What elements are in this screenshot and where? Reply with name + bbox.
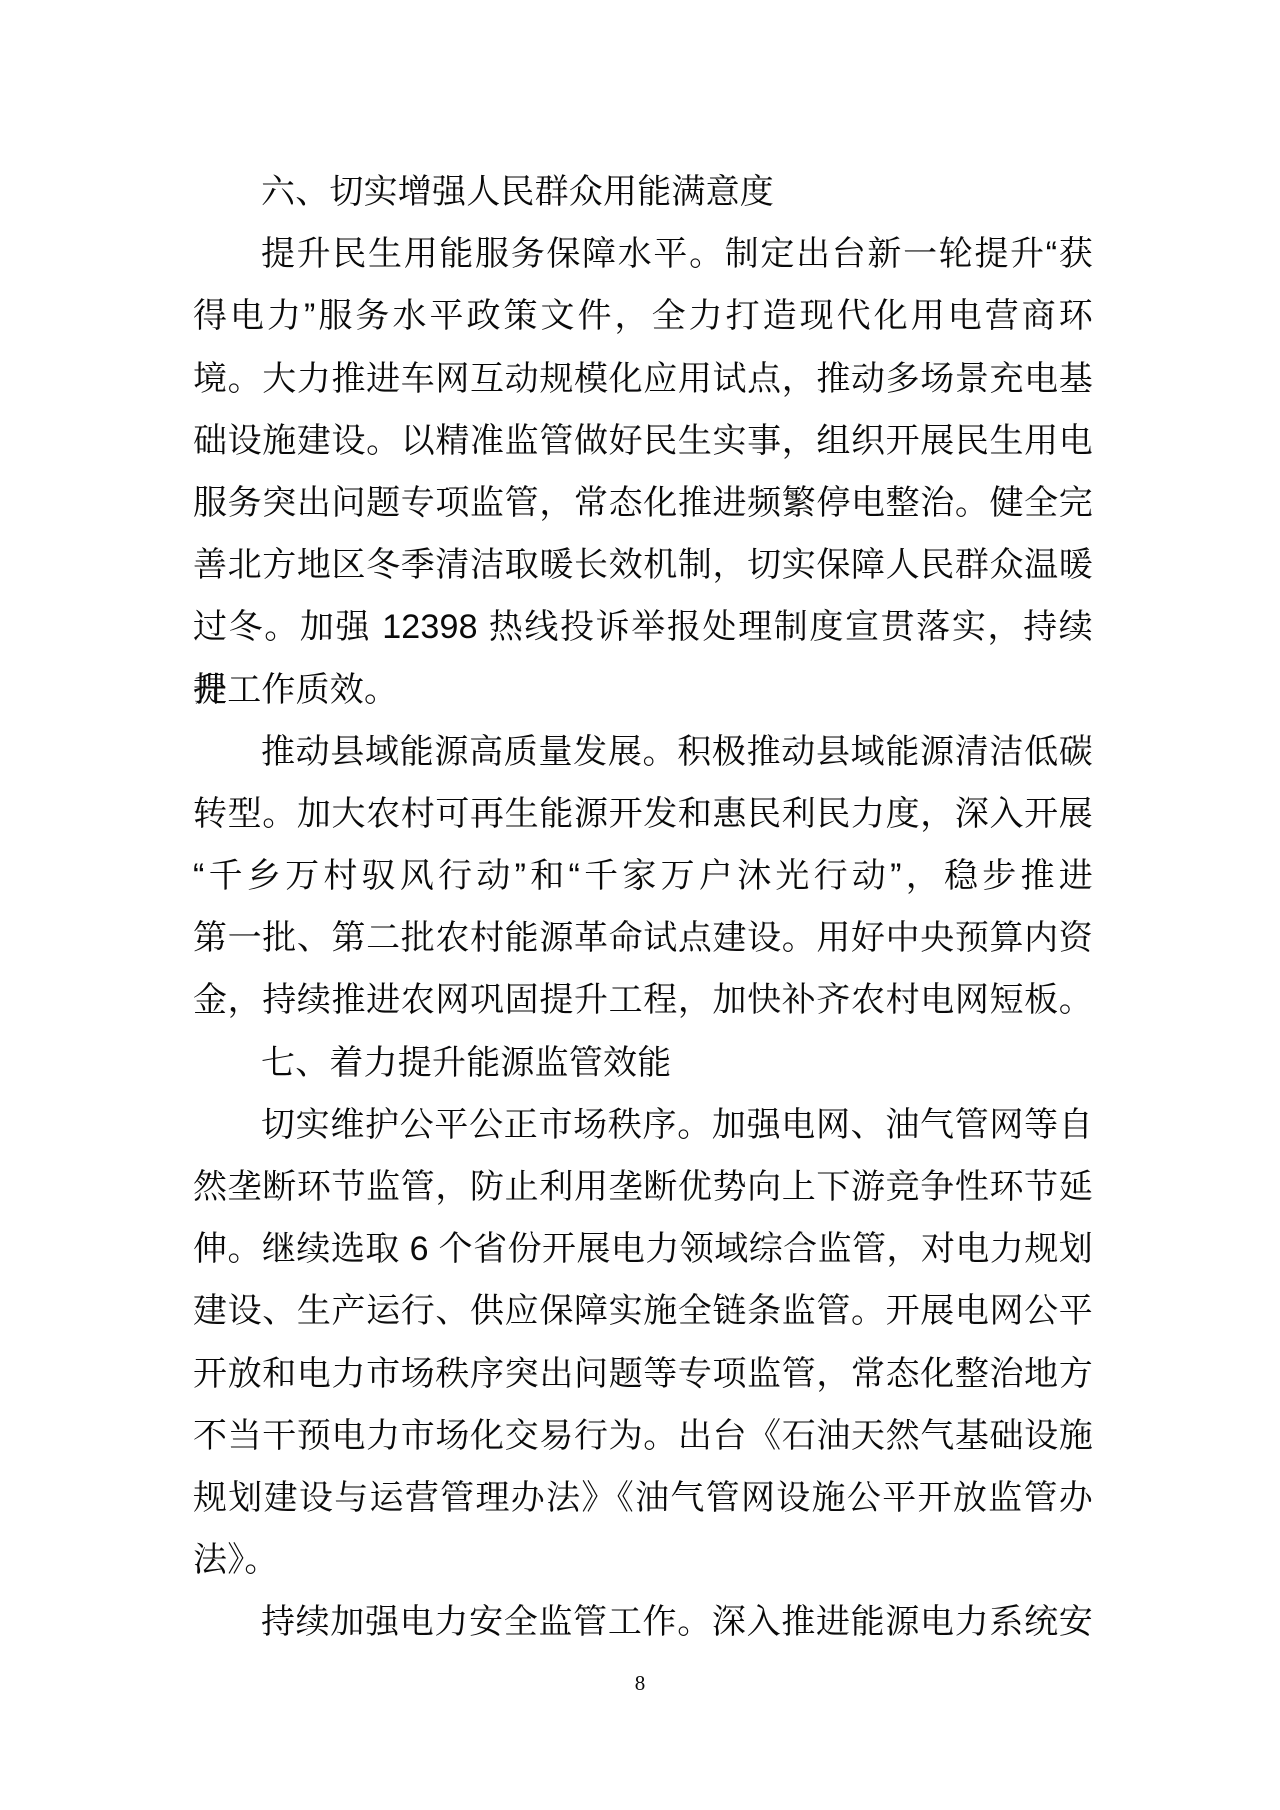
- text-line: 伸。继续选取 6 个省份开展电力领域综合监管，对电力规划: [193, 1218, 1093, 1280]
- text-line: 第一批、第二批农村能源革命试点建设。用好中央预算内资: [193, 907, 1093, 969]
- text-line: 境。大力推进车网互动规模化应用试点，推动多场景充电基: [193, 348, 1093, 410]
- text-line: 服务突出问题专项监管，常态化推进频繁停电整治。健全完: [193, 472, 1093, 534]
- text-line: “千乡万村驭风行动”和“千家万户沐光行动”，稳步推进: [193, 845, 1093, 907]
- text-line: 建设、生产运行、供应保障实施全链条监管。开展电网公平: [193, 1280, 1093, 1342]
- text-line: 过冬。加强 12398 热线投诉举报处理制度宣贯落实，持续提: [193, 596, 1093, 658]
- document-body: 六、切实增强人民群众用能满意度提升民生用能服务保障水平。制定出台新一轮提升“获得…: [193, 161, 1093, 1654]
- text-line: 金，持续推进农网巩固提升工程，加快补齐农村电网短板。: [193, 969, 1093, 1031]
- text-line: 础设施建设。以精准监管做好民生实事，组织开展民生用电: [193, 410, 1093, 472]
- text-line: 开放和电力市场秩序突出问题等专项监管，常态化整治地方: [193, 1343, 1093, 1405]
- page-number: 8: [0, 1671, 1280, 1696]
- text-line: 善北方地区冬季清洁取暖长效机制，切实保障人民群众温暖: [193, 534, 1093, 596]
- document-page: 六、切实增强人民群众用能满意度提升民生用能服务保障水平。制定出台新一轮提升“获得…: [0, 0, 1280, 1810]
- text-line: 切实维护公平公正市场秩序。加强电网、油气管网等自: [193, 1094, 1093, 1156]
- text-line: 升工作质效。: [193, 659, 1093, 721]
- section-heading: 六、切实增强人民群众用能满意度: [193, 161, 1093, 223]
- text-line: 持续加强电力安全监管工作。深入推进能源电力系统安: [193, 1591, 1093, 1653]
- text-line: 规划建设与运营管理办法》《油气管网设施公平开放监管办: [193, 1467, 1093, 1529]
- text-line: 不当干预电力市场化交易行为。出台《石油天然气基础设施: [193, 1405, 1093, 1467]
- text-line: 提升民生用能服务保障水平。制定出台新一轮提升“获: [193, 223, 1093, 285]
- text-line: 转型。加大农村可再生能源开发和惠民利民力度，深入开展: [193, 783, 1093, 845]
- section-heading: 七、着力提升能源监管效能: [193, 1032, 1093, 1094]
- text-line: 推动县域能源高质量发展。积极推动县域能源清洁低碳: [193, 721, 1093, 783]
- text-line: 法》。: [193, 1529, 1093, 1591]
- text-line: 得电力”服务水平政策文件，全力打造现代化用电营商环: [193, 285, 1093, 347]
- text-line: 然垄断环节监管，防止利用垄断优势向上下游竞争性环节延: [193, 1156, 1093, 1218]
